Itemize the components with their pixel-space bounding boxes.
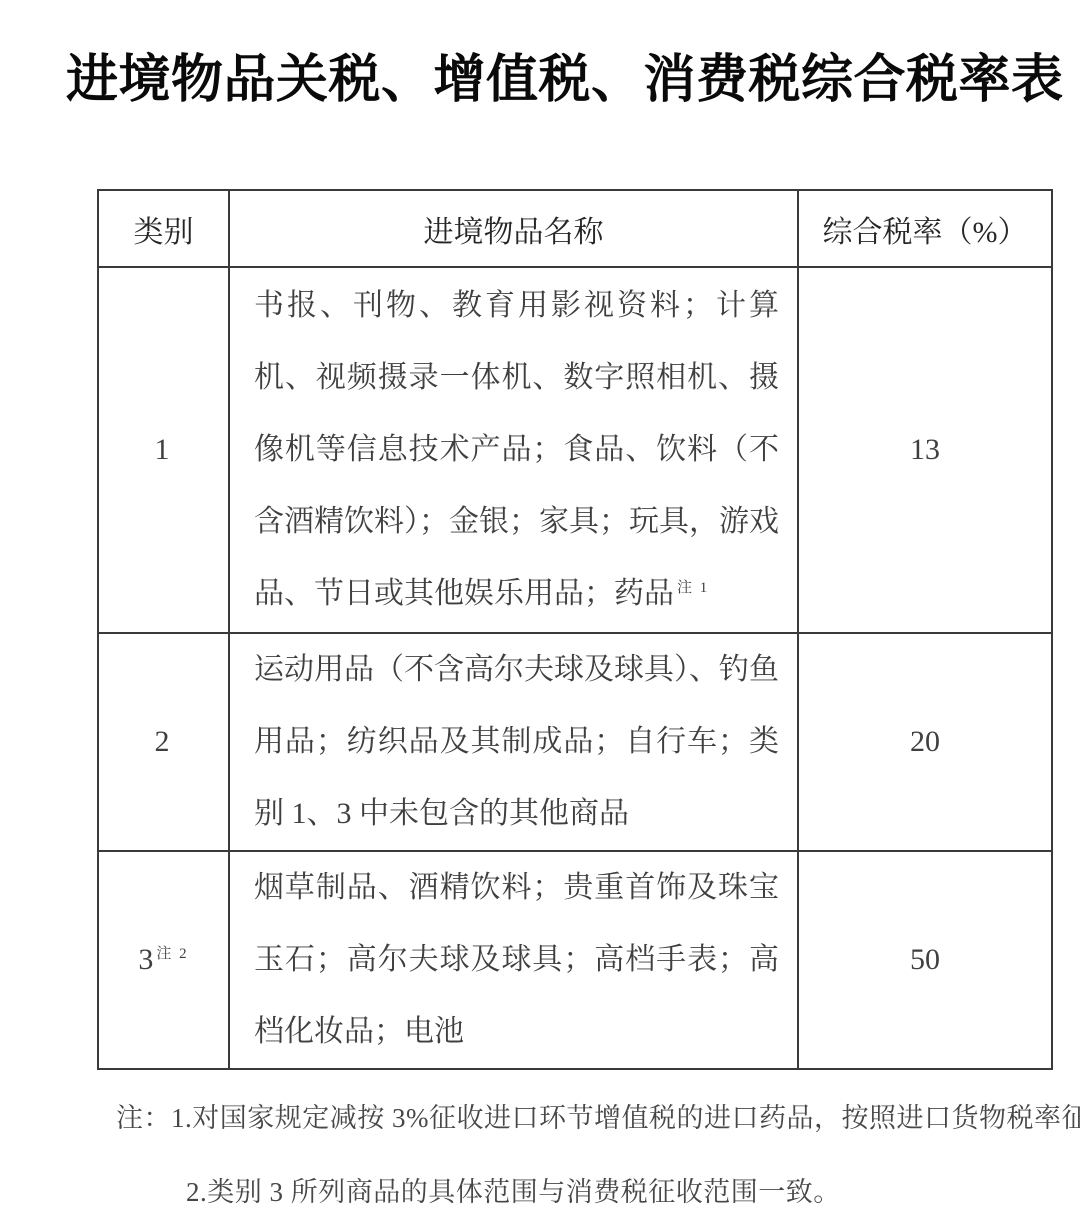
header-category: 类别 — [98, 190, 229, 267]
document-page: 进境物品关税、增值税、消费税综合税率表 类别 进境物品名称 综合税率（%） 1 … — [0, 0, 1080, 1229]
category-value: 3 — [138, 943, 153, 976]
category-cell: 1 — [98, 267, 229, 633]
category-footnote-ref: 注 2 — [156, 946, 188, 962]
category-value: 1 — [155, 433, 170, 466]
footnote-1: 注：1.对国家规定减按 3%征收进口环节增值税的进口药品，按照进口货物税率征税。 — [116, 1100, 1080, 1136]
item-name-text: 烟草制品、酒精饮料；贵重首饰及珠宝玉石；高尔夫球及球具；高档手表；高档化妆品；电… — [254, 871, 779, 1048]
table-header-row: 类别 进境物品名称 综合税率（%） — [98, 190, 1052, 267]
item-name-cell: 烟草制品、酒精饮料；贵重首饰及珠宝玉石；高尔夫球及球具；高档手表；高档化妆品；电… — [229, 851, 798, 1069]
item-name-text: 书报、刊物、教育用影视资料；计算机、视频摄录一体机、数字照相机、摄像机等信息技术… — [254, 289, 779, 610]
table-row: 2 运动用品（不含高尔夫球及球具）、钓鱼用品；纺织品及其制成品；自行车；类别 1… — [98, 633, 1052, 851]
rate-cell: 13 — [798, 267, 1052, 633]
table-row: 3注 2 烟草制品、酒精饮料；贵重首饰及珠宝玉石；高尔夫球及球具；高档手表；高档… — [98, 851, 1052, 1069]
rate-cell: 20 — [798, 633, 1052, 851]
category-value: 2 — [155, 725, 170, 758]
item-name-text: 运动用品（不含高尔夫球及球具）、钓鱼用品；纺织品及其制成品；自行车；类别 1、3… — [254, 653, 779, 830]
item-footnote-ref: 注 1 — [677, 580, 709, 596]
header-composite-rate: 综合税率（%） — [798, 190, 1052, 267]
tax-rate-table: 类别 进境物品名称 综合税率（%） 1 书报、刊物、教育用影视资料；计算机、视频… — [97, 189, 1053, 1070]
category-cell: 3注 2 — [98, 851, 229, 1069]
category-cell: 2 — [98, 633, 229, 851]
footnote-2: 2.类别 3 所列商品的具体范围与消费税征收范围一致。 — [186, 1174, 841, 1210]
page-title: 进境物品关税、增值税、消费税综合税率表 — [66, 42, 1064, 120]
rate-cell: 50 — [798, 851, 1052, 1069]
header-item-name: 进境物品名称 — [229, 190, 798, 267]
item-name-cell: 运动用品（不含高尔夫球及球具）、钓鱼用品；纺织品及其制成品；自行车；类别 1、3… — [229, 633, 798, 851]
table-row: 1 书报、刊物、教育用影视资料；计算机、视频摄录一体机、数字照相机、摄像机等信息… — [98, 267, 1052, 633]
item-name-cell: 书报、刊物、教育用影视资料；计算机、视频摄录一体机、数字照相机、摄像机等信息技术… — [229, 267, 798, 633]
